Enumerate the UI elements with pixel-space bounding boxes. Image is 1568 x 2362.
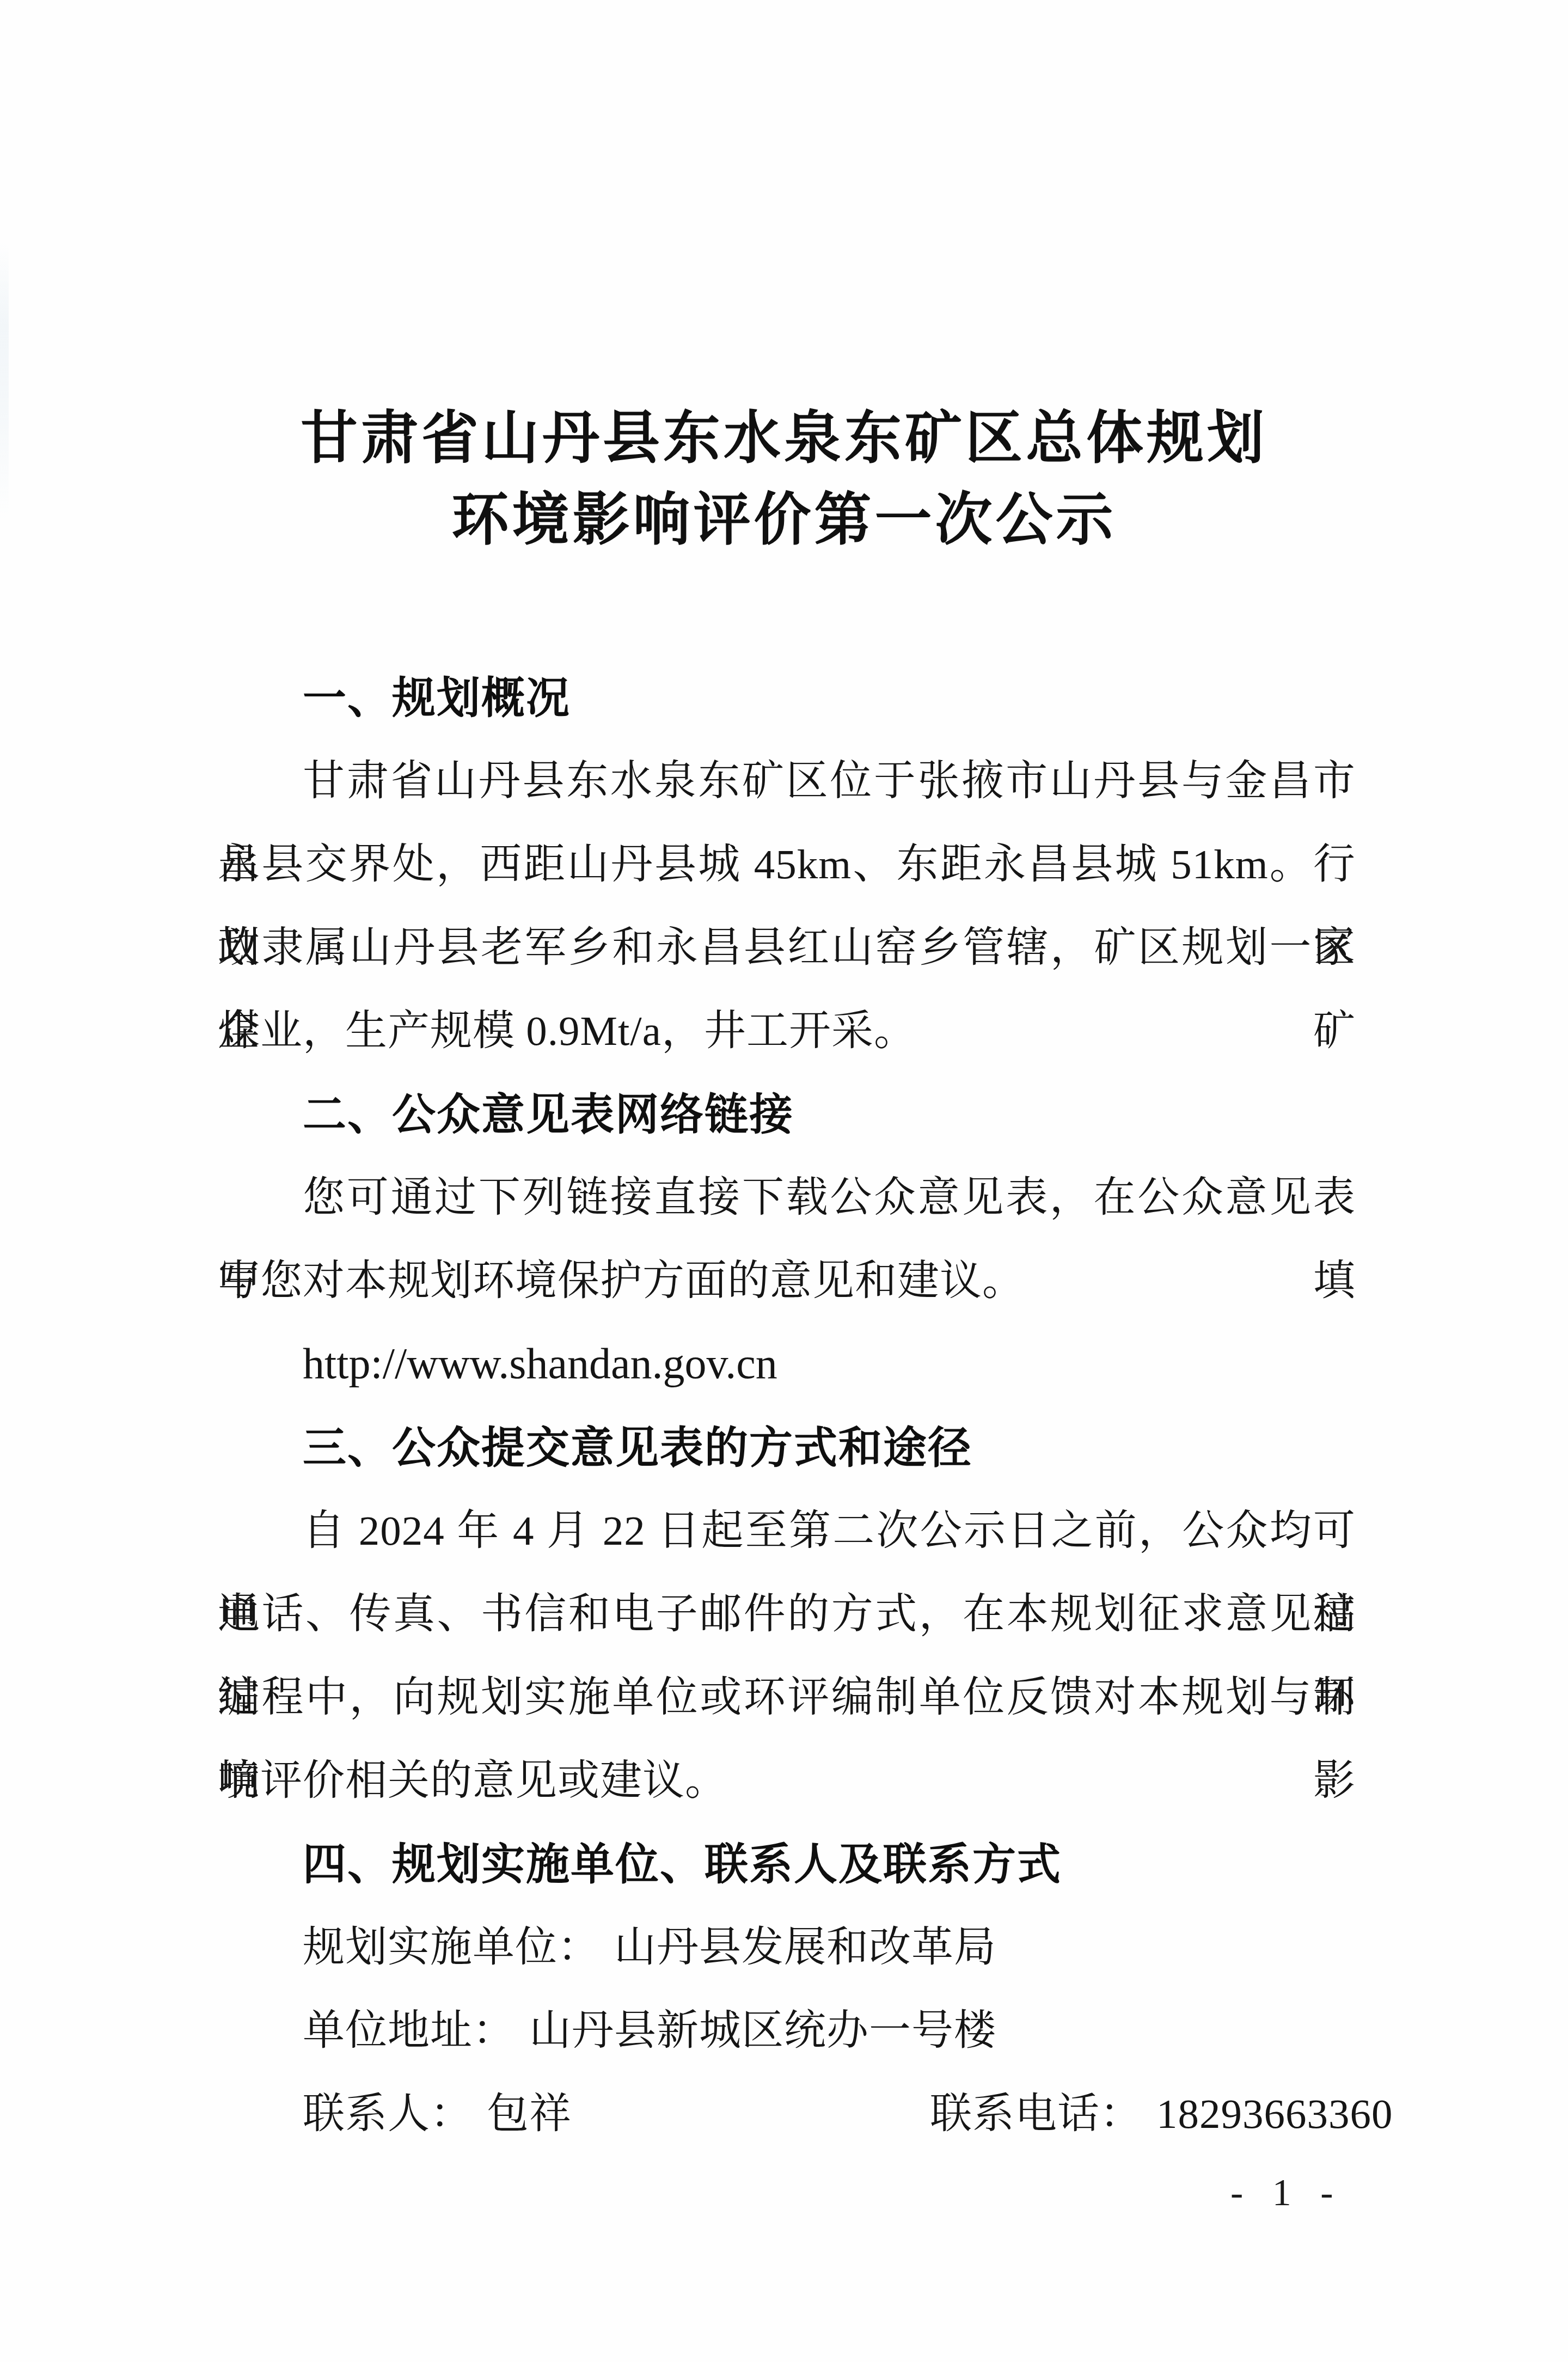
section-3-paragraph-line: 电话、传真、书信和电子邮件的方式，在本规划征求意见稿编制 [218, 1572, 1356, 1656]
contact-line: 联系人：包祥 联系电话：18293663360 [218, 2072, 1356, 2156]
phone-group: 联系电话：18293663360 [845, 2072, 1393, 2156]
section-1-paragraph-line: 甘肃省山丹县东水泉东矿区位于张掖市山丹县与金昌市永 [218, 739, 1356, 823]
title-line-2: 环境影响评价第一次公示 [0, 479, 1568, 561]
section-1-paragraph-line: 昌县交界处，西距山丹县城 45km、东距永昌县城 51km。行政区 [218, 823, 1356, 906]
section-2-heading: 二、公众意见表网络链接 [218, 1073, 1356, 1156]
contact-label: 联系人： [303, 2090, 473, 2137]
phone-label: 联系电话： [930, 2090, 1142, 2137]
document-title: 甘肃省山丹县东水泉东矿区总体规划 环境影响评价第一次公示 [0, 0, 1568, 561]
section-4-heading: 四、规划实施单位、联系人及联系方式 [218, 1822, 1356, 1906]
section-1-paragraph-line: 划隶属山丹县老军乡和永昌县红山窑乡管辖，矿区规划一家煤矿 [218, 906, 1356, 989]
implementer-value: 山丹县发展和改革局 [614, 1924, 996, 1971]
section-3-paragraph-line: 自 2024 年 4 月 22 日起至第二次公示日之前，公众均可通过 [218, 1489, 1356, 1572]
address-value: 山丹县新城区统办一号楼 [529, 2007, 996, 2054]
address-line: 单位地址：山丹县新城区统办一号楼 [218, 1989, 1356, 2072]
public-comment-form-url: http://www.shandan.gov.cn [218, 1323, 1356, 1406]
phone-value: 18293663360 [1156, 2090, 1393, 2137]
document-body: 一、规划概况 甘肃省山丹县东水泉东矿区位于张掖市山丹县与金昌市永 昌县交界处，西… [218, 656, 1356, 2156]
scanned-document-page: 甘肃省山丹县东水泉东矿区总体规划 环境影响评价第一次公示 一、规划概况 甘肃省山… [0, 0, 1568, 2362]
implementer-line: 规划实施单位：山丹县发展和改革局 [218, 1906, 1356, 1989]
address-label: 单位地址： [303, 2007, 515, 2054]
section-3-paragraph-line: 过程中，向规划实施单位或环评编制单位反馈对本规划与环境影 [218, 1656, 1356, 1739]
section-2-paragraph-line: 您可通过下列链接直接下载公众意见表，在公众意见表中填 [218, 1156, 1356, 1239]
section-1-heading: 一、规划概况 [218, 656, 1356, 739]
implementer-label: 规划实施单位： [303, 1924, 600, 1971]
page-number: - 1 - [1230, 2169, 1343, 2218]
contact-value: 包祥 [487, 2090, 572, 2137]
title-line-1: 甘肃省山丹县东水泉东矿区总体规划 [0, 397, 1568, 479]
section-3-heading: 三、公众提交意见表的方式和途径 [218, 1406, 1356, 1489]
